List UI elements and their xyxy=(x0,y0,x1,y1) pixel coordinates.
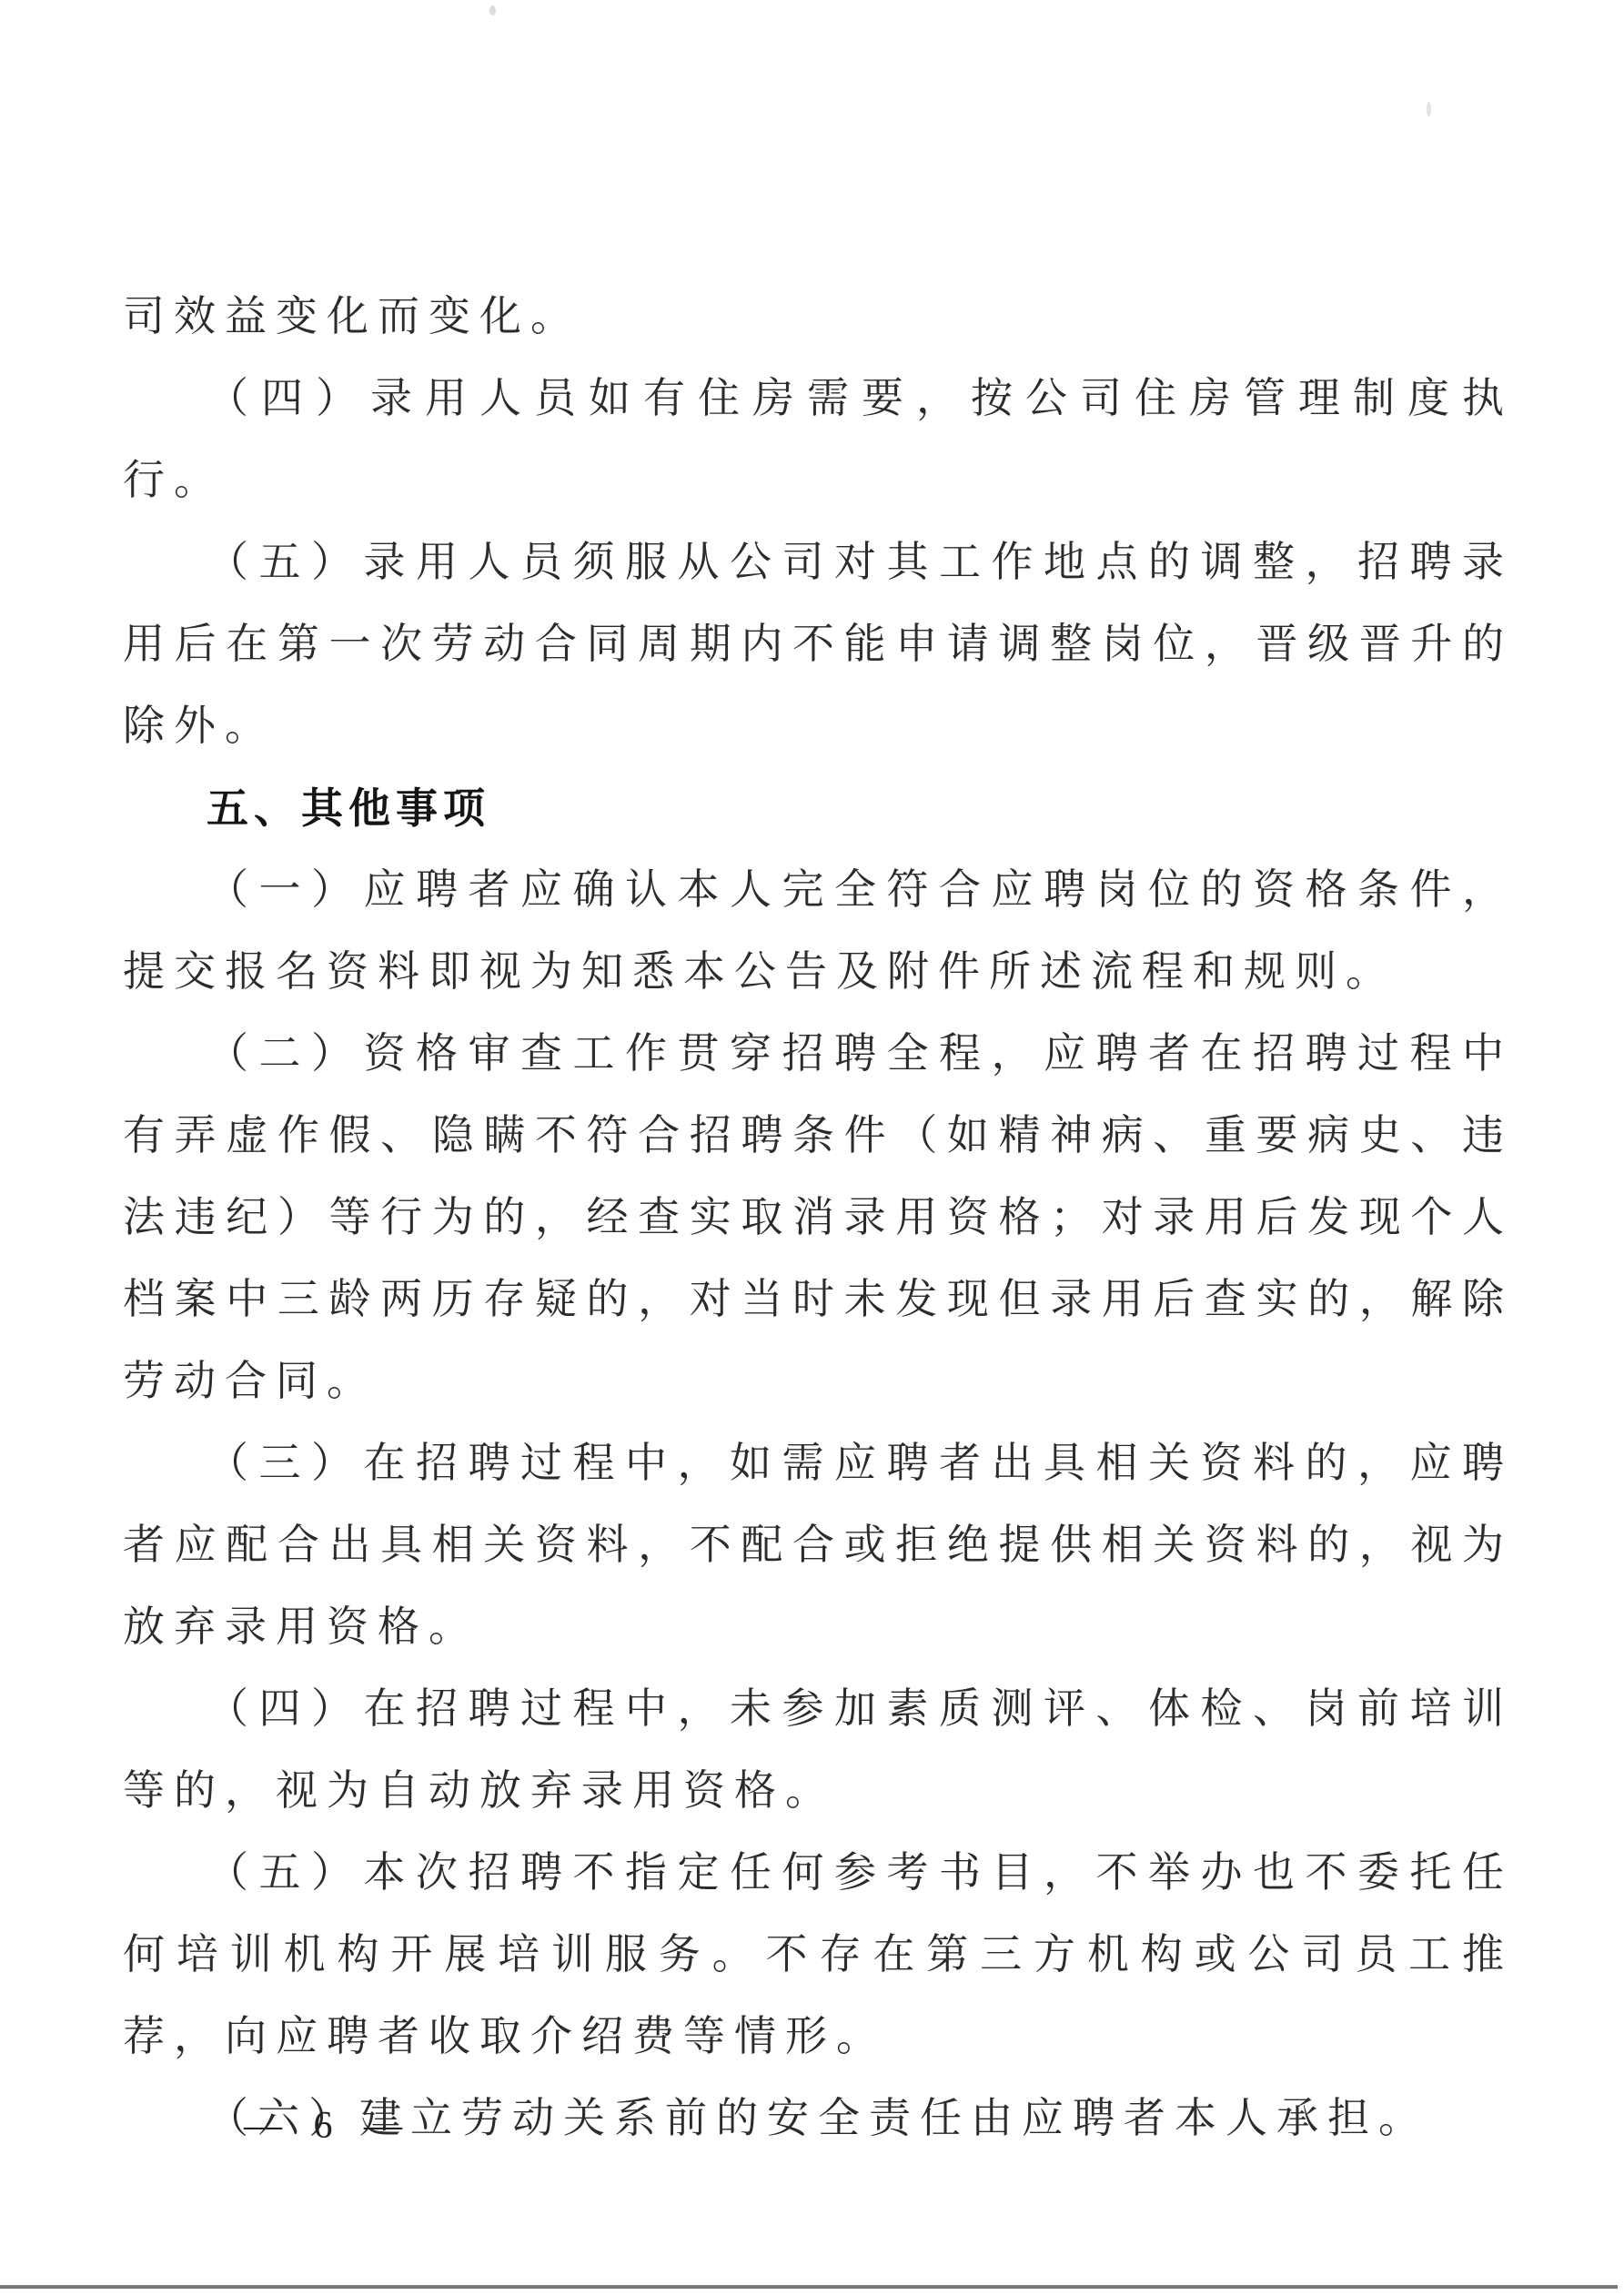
bottom-scan-edge-line xyxy=(0,2285,1618,2289)
paragraph: （三）在招聘过程中，如需应聘者出具相关资料的，应聘者应配合出具相关资料，不配合或… xyxy=(123,1422,1513,1668)
scan-speck xyxy=(489,5,496,15)
document-body: 司效益变化而变化。（四）录用人员如有住房需要，按公司住房管理制度执行。（五）录用… xyxy=(123,276,1513,2159)
paragraph: （五）录用人员须服从公司对其工作地点的调整，招聘录用后在第一次劳动合同周期内不能… xyxy=(123,521,1513,767)
page-number: — 6 — xyxy=(244,2104,413,2148)
paragraph: （四）录用人员如有住房需要，按公司住房管理制度执行。 xyxy=(123,358,1513,521)
paragraph: （四）在招聘过程中，未参加素质测评、体检、岗前培训等的，视为自动放弃录用资格。 xyxy=(123,1668,1513,1832)
paragraph: （一）应聘者应确认本人完全符合应聘岗位的资格条件，提交报名资料即视为知悉本公告及… xyxy=(123,849,1513,1013)
paragraph: （二）资格审查工作贯穿招聘全程，应聘者在招聘过程中有弄虚作假、隐瞒不符合招聘条件… xyxy=(123,1013,1513,1422)
scan-speck xyxy=(1427,102,1431,116)
paragraph: 司效益变化而变化。 xyxy=(123,276,1513,358)
document-page: 司效益变化而变化。（四）录用人员如有住房需要，按公司住房管理制度执行。（五）录用… xyxy=(0,0,1624,2296)
section-heading: 五、其他事项 xyxy=(123,767,1513,849)
paragraph: （五）本次招聘不指定任何参考书目，不举办也不委托任何培训机构开展培训服务。不存在… xyxy=(123,1832,1513,2078)
